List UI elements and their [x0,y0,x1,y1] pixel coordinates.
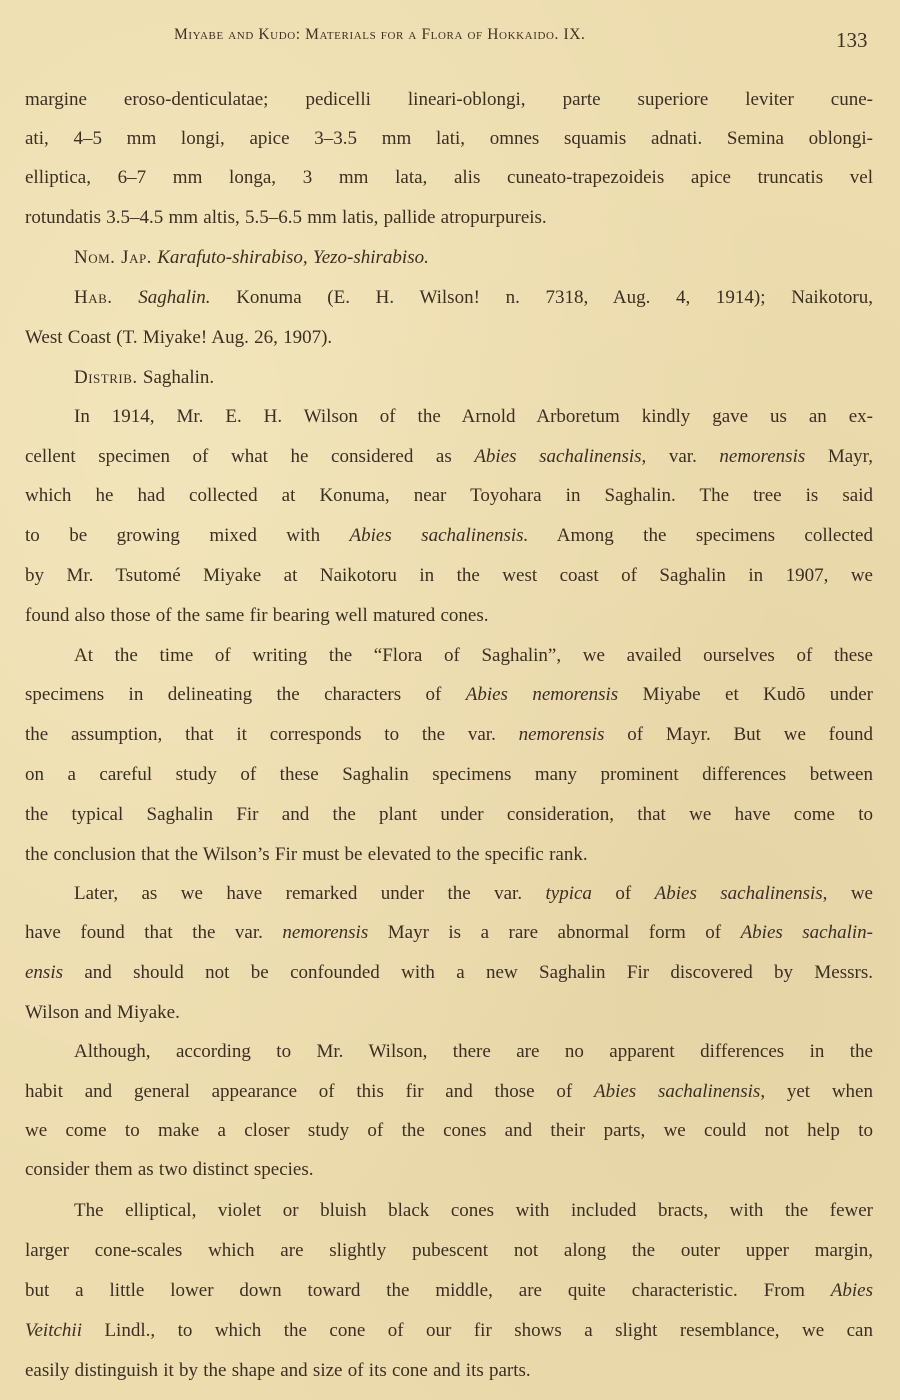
text-line: The elliptical, violet or bluish black c… [74,1199,873,1223]
text-segment: the typical Saghalin Fir and the plant u… [25,804,873,825]
section-label: Distrib. [74,367,138,388]
italic-text: Abies sachalin- [741,922,873,943]
text-line: ensis and should not be confounded with … [25,961,873,985]
text-line: At the time of writing the “Flora of Sag… [74,644,873,668]
text-line: easily distinguish it by the shape and s… [25,1359,873,1383]
text-line: In 1914, Mr. E. H. Wilson of the Arnold … [74,405,873,429]
italic-text: Abies sachalinensis [655,883,823,904]
text-line: larger cone-scales which are slightly pu… [25,1239,873,1263]
text-line: Later, as we have remarked under the var… [74,882,873,906]
italic-text: Abies sachalinensis. [350,525,529,546]
text-line: habit and general appearance of this fir… [25,1080,873,1104]
text-segment: easily distinguish it by the shape and s… [25,1360,531,1381]
text-segment: habit and general appearance of this fir… [25,1081,594,1102]
text-segment: Saghalin. [138,367,215,388]
text-segment: Among the specimens collected [528,525,873,546]
italic-text: Saghalin. [138,287,210,308]
text-line: Distrib. Saghalin. [74,366,873,390]
text-segment: found also those of the same fir bearing… [25,605,489,626]
text-line: Hab. Saghalin. Konuma (E. H. Wilson! n. … [74,286,873,310]
text-line: found also those of the same fir bearing… [25,604,873,628]
text-segment: Wilson and Miyake. [25,1002,180,1023]
text-segment: , we [823,883,873,904]
italic-text: typica [546,883,592,904]
text-segment: have found that the var. [25,922,282,943]
text-line: Wilson and Miyake. [25,1001,873,1025]
text-segment: and should not be confounded with a new … [63,962,873,983]
text-segment: Later, as we have remarked under the var… [74,883,546,904]
text-segment: the assumption, that it corresponds to t… [25,724,519,745]
text-segment [113,287,139,308]
text-line: the conclusion that the Wilson’s Fir mus… [25,843,873,867]
text-segment: Mayr, [805,446,873,467]
document-page: Miyabe and Kudo: Materials for a Flora o… [0,0,900,1400]
text-segment: on a careful study of these Saghalin spe… [25,764,873,785]
italic-text: nemorensis [719,446,805,467]
section-label: Nom. Jap. [74,247,152,268]
text-segment: specimens in delineating the characters … [25,684,466,705]
text-segment: rotundatis 3.5–4.5 mm altis, 5.5–6.5 mm … [25,207,547,228]
text-line: the typical Saghalin Fir and the plant u… [25,803,873,827]
text-line: on a careful study of these Saghalin spe… [25,763,873,787]
text-segment: Konuma (E. H. Wilson! n. 7318, Aug. 4, 1… [211,287,873,308]
text-line: elliptica, 6–7 mm longa, 3 mm lata, alis… [25,166,873,190]
text-line: by Mr. Tsutomé Miyake at Naikotoru in th… [25,564,873,588]
italic-text: Karafuto-shirabiso, Yezo-shirabiso. [157,247,429,268]
text-line: but a little lower down toward the middl… [25,1279,873,1303]
text-segment: elliptica, 6–7 mm longa, 3 mm lata, alis… [25,167,873,188]
text-segment: of Mayr. But we found [604,724,873,745]
text-segment: margine eroso-denticulatae; pedicelli li… [25,89,873,110]
text-segment: The elliptical, violet or bluish black c… [74,1200,873,1221]
italic-text: Abies nemorensis [466,684,618,705]
text-line: rotundatis 3.5–4.5 mm altis, 5.5–6.5 mm … [25,206,873,230]
text-segment: larger cone-scales which are slightly pu… [25,1240,873,1261]
text-line: Veitchii Lindl., to which the cone of ou… [25,1319,873,1343]
text-segment: Lindl., to which the cone of our fir sho… [82,1320,873,1341]
text-line: which he had collected at Konuma, near T… [25,484,873,508]
italic-text: Abies sachalinensis [594,1081,760,1102]
italic-text: ensis [25,962,63,983]
text-segment: Mayr is a rare abnormal form of [368,922,740,943]
text-segment: which he had collected at Konuma, near T… [25,485,873,506]
italic-text: nemorensis [519,724,605,745]
section-label: Hab. [74,287,113,308]
italic-text: Veitchii [25,1320,82,1341]
text-line: the assumption, that it corresponds to t… [25,723,873,747]
text-line: have found that the var. nemorensis Mayr… [25,921,873,945]
italic-text: nemorensis [282,922,368,943]
italic-text: Abies [831,1280,873,1301]
text-segment: , var. [642,446,720,467]
text-line: to be growing mixed with Abies sachaline… [25,524,873,548]
text-line: margine eroso-denticulatae; pedicelli li… [25,88,873,112]
text-segment: of [592,883,655,904]
text-line: we come to make a closer study of the co… [25,1119,873,1143]
text-segment: we come to make a closer study of the co… [25,1120,873,1141]
text-segment: cellent specimen of what he considered a… [25,446,474,467]
page-number: 133 [836,28,868,53]
running-head: Miyabe and Kudo: Materials for a Flora o… [174,26,734,44]
text-segment: the conclusion that the Wilson’s Fir mus… [25,844,588,865]
italic-text: Abies sachalinensis [474,446,641,467]
text-line: Nom. Jap. Karafuto-shirabiso, Yezo-shira… [74,246,873,270]
text-line: cellent specimen of what he considered a… [25,445,873,469]
text-line: Although, according to Mr. Wilson, there… [74,1040,873,1064]
text-line: specimens in delineating the characters … [25,683,873,707]
text-segment: ati, 4–5 mm longi, apice 3–3.5 mm lati, … [25,128,873,149]
text-segment: Although, according to Mr. Wilson, there… [74,1041,873,1062]
text-line: ati, 4–5 mm longi, apice 3–3.5 mm lati, … [25,127,873,151]
text-segment: In 1914, Mr. E. H. Wilson of the Arnold … [74,406,873,427]
text-segment: to be growing mixed with [25,525,350,546]
text-segment: but a little lower down toward the middl… [25,1280,831,1301]
text-segment: by Mr. Tsutomé Miyake at Naikotoru in th… [25,565,873,586]
text-line: West Coast (T. Miyake! Aug. 26, 1907). [25,326,873,350]
text-segment: , yet when [760,1081,873,1102]
text-segment: consider them as two distinct species. [25,1159,314,1180]
text-segment: At the time of writing the “Flora of Sag… [74,645,873,666]
text-line: consider them as two distinct species. [25,1158,873,1182]
text-segment: Miyabe et Kudō under [618,684,873,705]
text-segment: West Coast (T. Miyake! Aug. 26, 1907). [25,327,332,348]
